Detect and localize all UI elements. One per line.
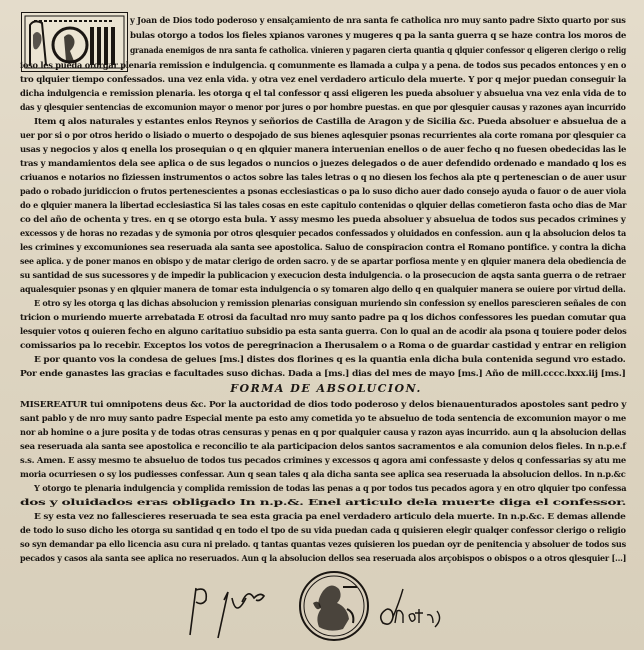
text-line: uer por si o por otros herido o lisiado … — [20, 130, 626, 140]
text-line: E sy esta vez no fallescieres reseruada … — [34, 511, 626, 521]
signature-right-icon — [375, 585, 445, 630]
text-line: Por ende ganastes las gracias e facultad… — [20, 368, 626, 378]
text-line: pecados y casos ala santa see aplica no … — [20, 553, 626, 563]
absolution-heading: FORMA DE ABSOLUCION. — [20, 382, 632, 395]
text-line: lesquier votos q ouieren fecho en alguno… — [20, 326, 626, 336]
text-line: tras y mandamientos dela see aplica o de… — [20, 158, 626, 168]
text-line: do e qlquier manera la libertad ecclesia… — [20, 200, 626, 210]
text-line: pado o robado juridiccion o frutos perte… — [20, 186, 626, 196]
text-line: Item q alos naturales y estantes enlos R… — [34, 116, 626, 126]
text-line: dicha indulgencia e remission plenaria. … — [20, 88, 626, 98]
text-line: aqualesquier psonas y en qlquier manera … — [20, 284, 626, 294]
text-line: E otro sy les otorga q las dichas absolu… — [34, 298, 626, 308]
text-line: les crimines y excomuniones sea reseruad… — [20, 242, 626, 252]
text-line: criuanos e notarios no fiziessen instrum… — [20, 172, 626, 182]
text-line: ioso les pueda otorgar plenaria remissio… — [20, 60, 626, 70]
text-line: bulas otorgo a todos los fieles xpianos … — [130, 30, 626, 40]
text-line: Y otorgo te plenaria indulgencia y compl… — [34, 483, 626, 493]
text-line: see aplica. y de poner manos en obispo y… — [20, 256, 626, 266]
signature-left-icon — [180, 580, 280, 640]
text-line: su santidad de sus sucessores y de imped… — [20, 270, 626, 280]
text-line: comissarios pa lo recebir. Exceptos los … — [20, 340, 626, 350]
text-line: nor ab homine o a jure posita y de todas… — [20, 427, 626, 437]
woodcut-seal — [299, 571, 369, 641]
text-line: tricion o muriendo muerte arrebatada E o… — [20, 312, 626, 322]
text-line: sant pablo y de nro muy santo padre Espe… — [20, 413, 626, 423]
text-line: sea reseruada ala santa see apostolica e… — [20, 441, 626, 451]
text-line: das y qlesquier sentencias de excomunion… — [20, 102, 626, 112]
text-line: so syn demandar pa ello licencia asu cur… — [20, 539, 626, 549]
text-line: dos y oluidados eras obligado In n.p.&. … — [20, 497, 626, 507]
text-line: MISEREATUR tui omnipotens deus &c. Por l… — [20, 399, 626, 409]
text-line: E por quanto vos la condesa de gelues [m… — [34, 354, 625, 364]
text-line: tro qlquier tiempo confessados. una vez … — [20, 74, 626, 84]
text-line: moria ocurriesen o sy los pudiesses conf… — [20, 469, 626, 479]
text-line: s.s. Amen. E assy mesmo te absueluo de t… — [20, 455, 626, 465]
text-line: excessos y de horas no rezadas y de symo… — [20, 228, 626, 238]
document-page: y Joan de Dios todo poderoso y ensalçami… — [0, 0, 644, 650]
text-line: y Joan de Dios todo poderoso y ensalçami… — [130, 15, 626, 25]
text-line: de todo lo suso dicho les otorga su sant… — [20, 525, 626, 535]
seal-figure-icon — [301, 573, 367, 639]
text-line: granada enemigos de nra santa fe catholi… — [130, 45, 626, 55]
text-line: co del año de ochenta y tres. en q se ot… — [20, 214, 625, 224]
text-line: usas y negocios y alos q enella los pros… — [20, 144, 626, 154]
